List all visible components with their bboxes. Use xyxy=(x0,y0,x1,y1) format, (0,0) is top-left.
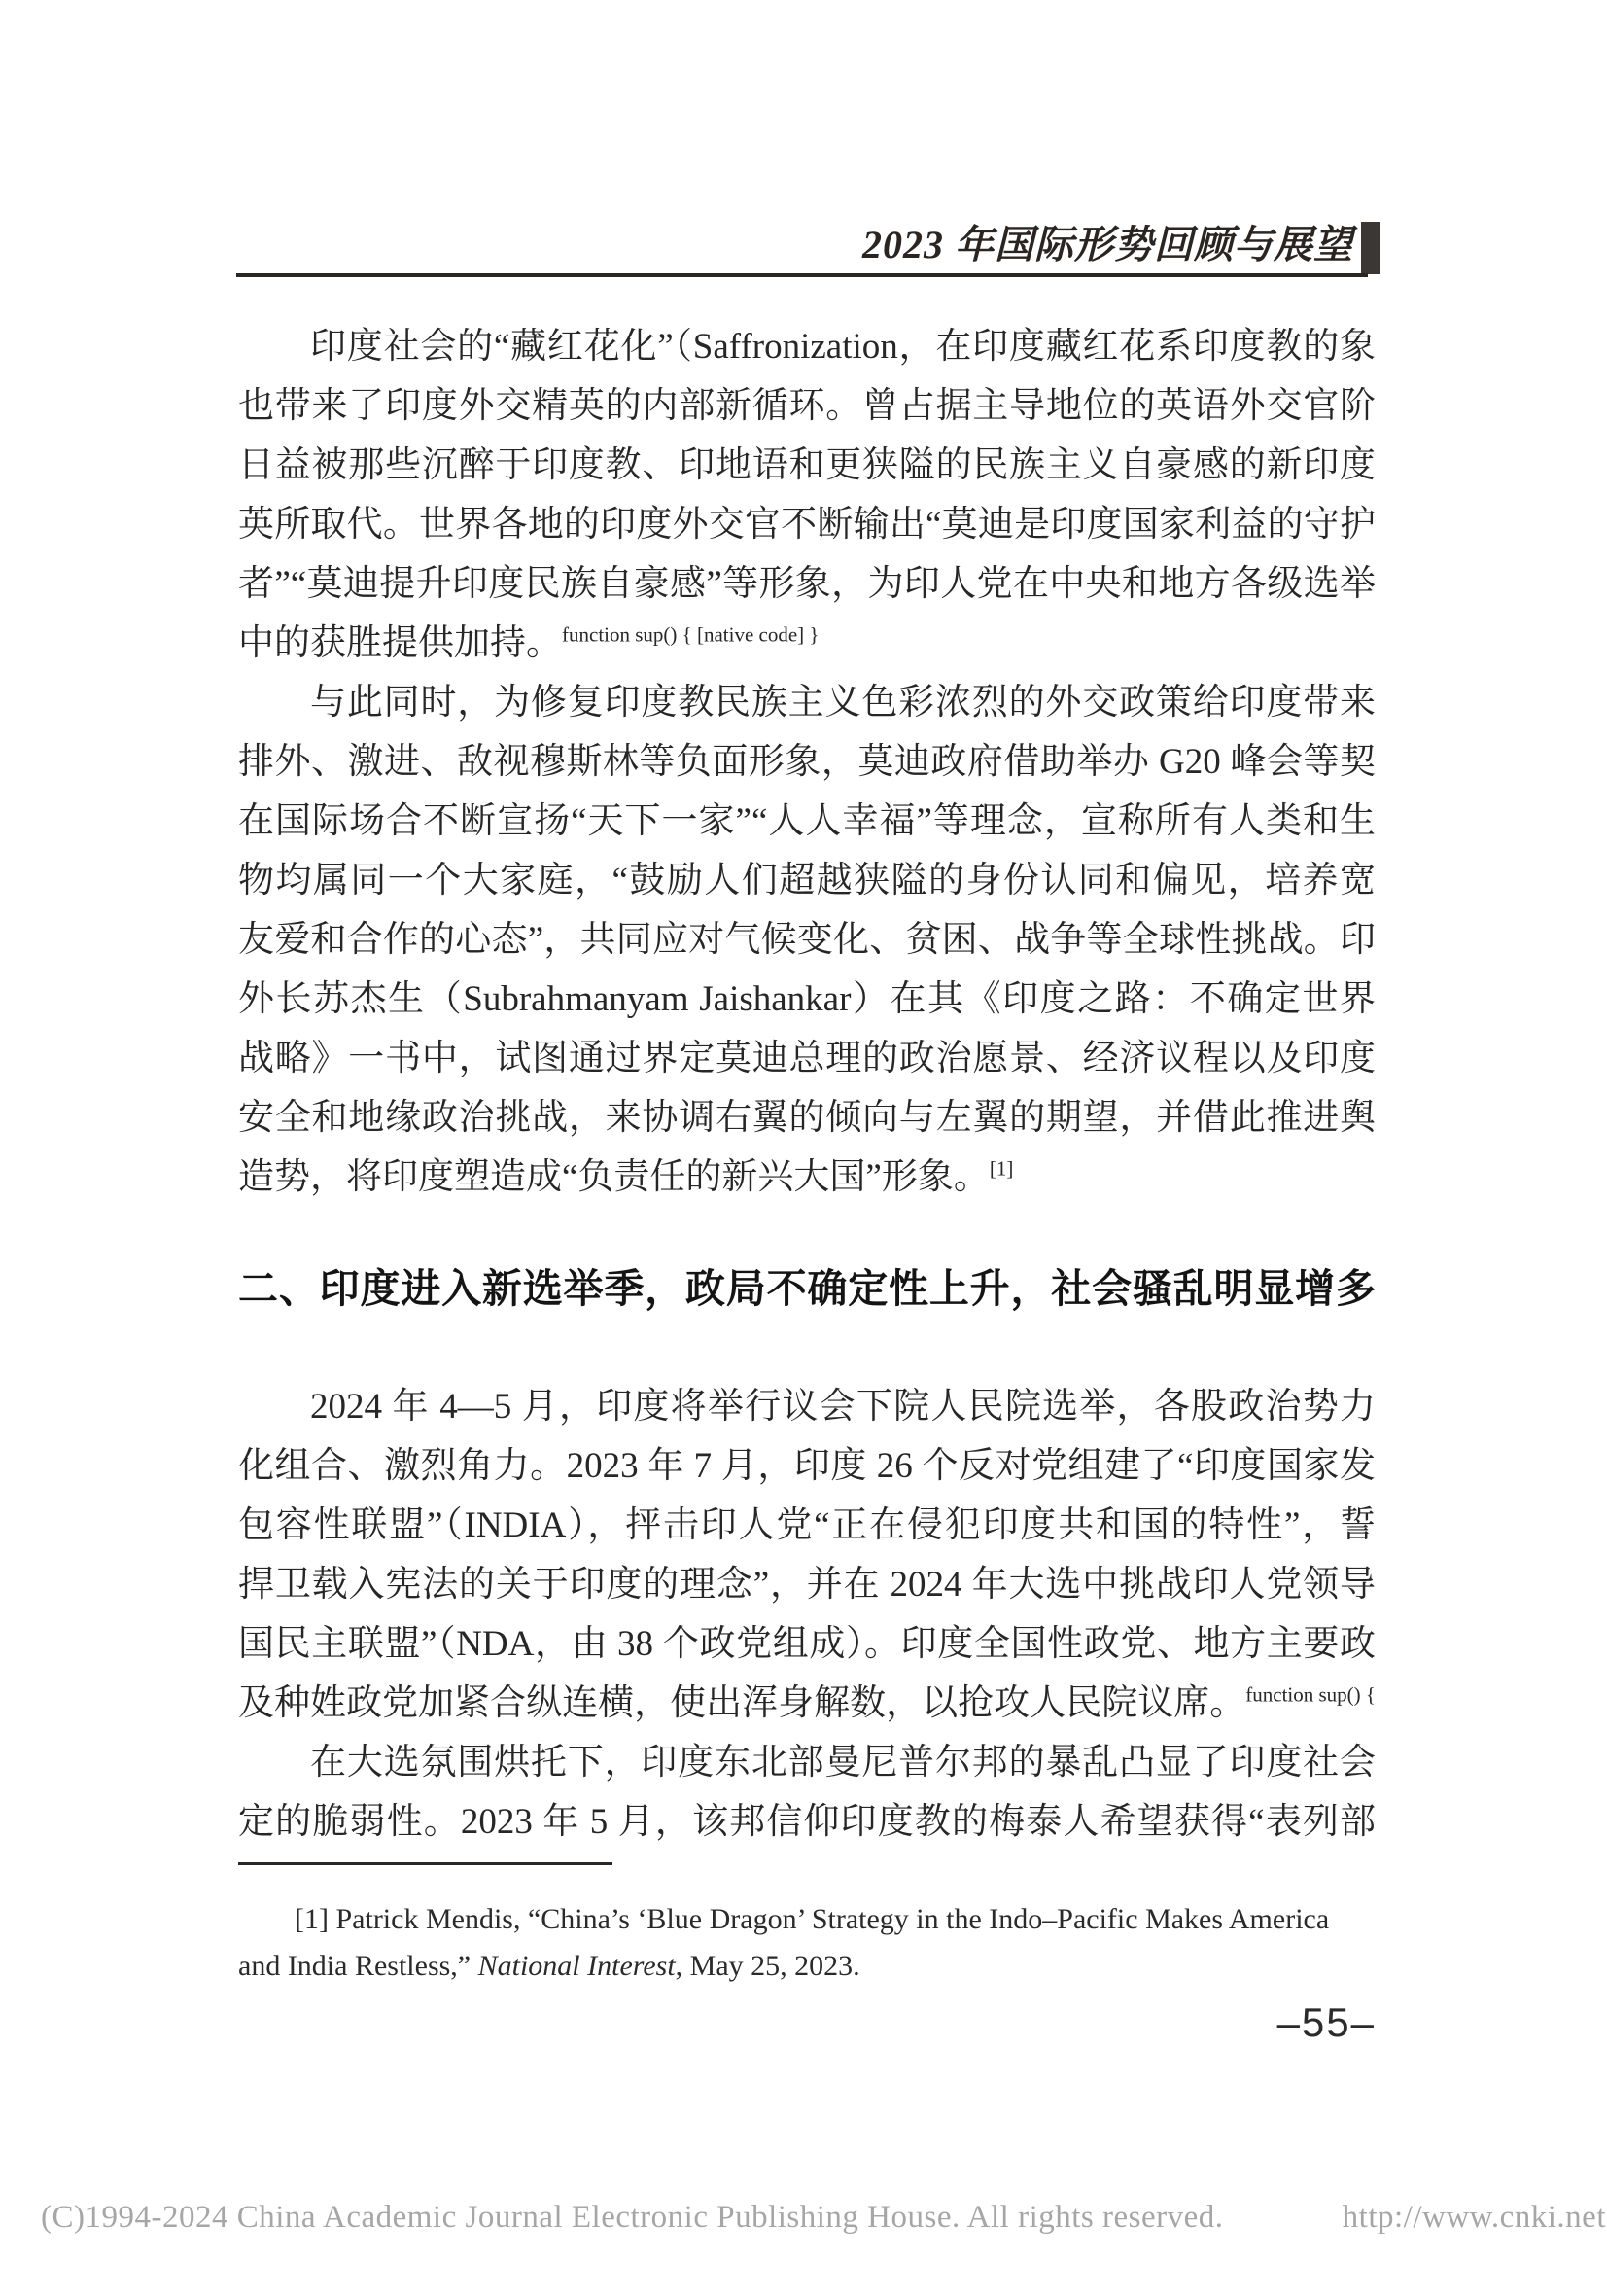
header-rule xyxy=(236,273,1368,277)
text-line: 造势，将印度塑造成“负责任的新兴大国”形象。[1] xyxy=(238,1148,1376,1207)
footnote-list: [1] Patrick Mendis, “China’s ‘Blue Drago… xyxy=(238,1896,1376,1990)
cnki-url: http://www.cnki.net xyxy=(1343,2200,1606,2236)
body-paragraph: 印度社会的“藏红花化”（Saffronization，在印度藏红花系印度教的象征… xyxy=(238,317,1376,673)
text-line: 定的脆弱性。2023 年 5 月，该邦信仰印度教的梅泰人希望获得“表列部落”fu… xyxy=(238,1792,1376,1852)
text-line: 印度社会的“藏红花化”（Saffronization，在印度藏红花系印度教的象征… xyxy=(238,317,1376,376)
text-line: 国民主联盟”（NDA，由 38 个政党组成）。印度全国性政党、地方主要政党fun… xyxy=(238,1614,1376,1674)
text-line: 排外、激进、敌视穆斯林等负面形象，莫迪政府借助举办 G20 峰会等契机，func… xyxy=(238,732,1376,792)
text-line: 捍卫载入宪法的关于印度的理念”，并在 2024 年大选中挑战印人党领导的“全fu… xyxy=(238,1555,1376,1614)
text-line: 化组合、激烈角力。2023 年 7 月，印度 26 个反对党组建了“印度国家发展… xyxy=(238,1436,1376,1496)
text-line: 安全和地缘政治挑战，来协调右翼的倾向与左翼的期望，并借此推进舆论function… xyxy=(238,1088,1376,1148)
body-paragraph: 在大选氛围烘托下，印度东北部曼尼普尔邦的暴乱凸显了印度社会稳function s… xyxy=(238,1733,1376,1852)
text-line: 日益被那些沉醉于印度教、印地语和更狭隘的民族主义自豪感的新印度精function… xyxy=(238,436,1376,495)
text-line: 也带来了印度外交精英的内部新循环。曾占据主导地位的英语外交官阶层function… xyxy=(238,376,1376,436)
copyright-text: (C)1994-2024 China Academic Journal Elec… xyxy=(41,2200,1224,2236)
footnote-journal-title: National Interest xyxy=(478,1950,676,1982)
text-line: 在国际场合不断宣扬“天下一家”“人人幸福”等理念，宣称所有人类和生functio… xyxy=(238,792,1376,851)
text-line: 外长苏杰生（Subrahmanyam Jaishankar）在其《印度之路：不确… xyxy=(238,970,1376,1029)
footnote-text: [1] Patrick Mendis, “China’s ‘Blue Drago… xyxy=(295,1903,1329,1935)
text-line: 包容性联盟”（INDIA），抨击印人党“正在侵犯印度共和国的特性”，誓言“将fu… xyxy=(238,1496,1376,1555)
body-content: 印度社会的“藏红花化”（Saffronization，在印度藏红花系印度教的象征… xyxy=(238,317,1376,2046)
running-header-title: 2023 年国际形势回顾与展望 xyxy=(862,222,1353,268)
footnote-line: [1] Patrick Mendis, “China’s ‘Blue Drago… xyxy=(238,1896,1376,1943)
text-line: 战略》一书中，试图通过界定莫迪总理的政治愿景、经济议程以及印度的function… xyxy=(238,1029,1376,1088)
footnote-ref: function sup() { [native code] } xyxy=(238,1683,1376,1733)
footnote-ref: function sup() { [native code] } xyxy=(562,623,820,647)
text-line: 与此同时，为修复印度教民族主义色彩浓烈的外交政策给印度带来的function s… xyxy=(238,673,1376,732)
section-heading: 二、印度进入新选举季，政局不确定性上升，社会骚乱明显增多 xyxy=(238,1259,1376,1319)
text-line: 友爱和合作的心态”，共同应对气候变化、贫困、战争等全球性挑战。印度functio… xyxy=(238,910,1376,970)
document-page: 2023 年国际形势回顾与展望 印度社会的“藏红花化”（Saffronizati… xyxy=(0,0,1607,2296)
text-line: 在大选氛围烘托下，印度东北部曼尼普尔邦的暴乱凸显了印度社会稳function s… xyxy=(238,1733,1376,1792)
scan-footer: (C)1994-2024 China Academic Journal Elec… xyxy=(41,2200,1606,2236)
page-number: –55– xyxy=(238,1999,1376,2046)
footnote-separator xyxy=(238,1862,612,1865)
footnote-text: , May 25, 2023. xyxy=(676,1950,860,1982)
text-line: 物均属同一个大家庭，“鼓励人们超越狭隘的身份认同和偏见，培养宽容、functio… xyxy=(238,851,1376,910)
text-line: 2024 年 4—5 月，印度将举行议会下院人民院选举，各股政治势力分funct… xyxy=(238,1377,1376,1436)
text-line: 者”“莫迪提升印度民族自豪感”等形象，为印人党在中央和地方各级选举functio… xyxy=(238,554,1376,614)
header-corner-block xyxy=(1361,222,1380,274)
footnote-text: and India Restless,” xyxy=(238,1950,478,1982)
footnote-ref: [1] xyxy=(990,1157,1014,1181)
footnote-line: and India Restless,” National Interest, … xyxy=(238,1943,1376,1990)
body-paragraph: 2024 年 4—5 月，印度将举行议会下院人民院选举，各股政治势力分funct… xyxy=(238,1377,1376,1733)
text-line: 英所取代。世界各地的印度外交官不断输出“莫迪是印度国家利益的守护function… xyxy=(238,495,1376,554)
body-paragraph: 与此同时，为修复印度教民族主义色彩浓烈的外交政策给印度带来的function s… xyxy=(238,673,1376,1207)
text-line: 及种姓政党加紧合纵连横，使出浑身解数，以抢攻人民院议席。function sup… xyxy=(238,1674,1376,1733)
text-line: 中的获胜提供加持。function sup() { [native code] … xyxy=(238,614,1376,673)
